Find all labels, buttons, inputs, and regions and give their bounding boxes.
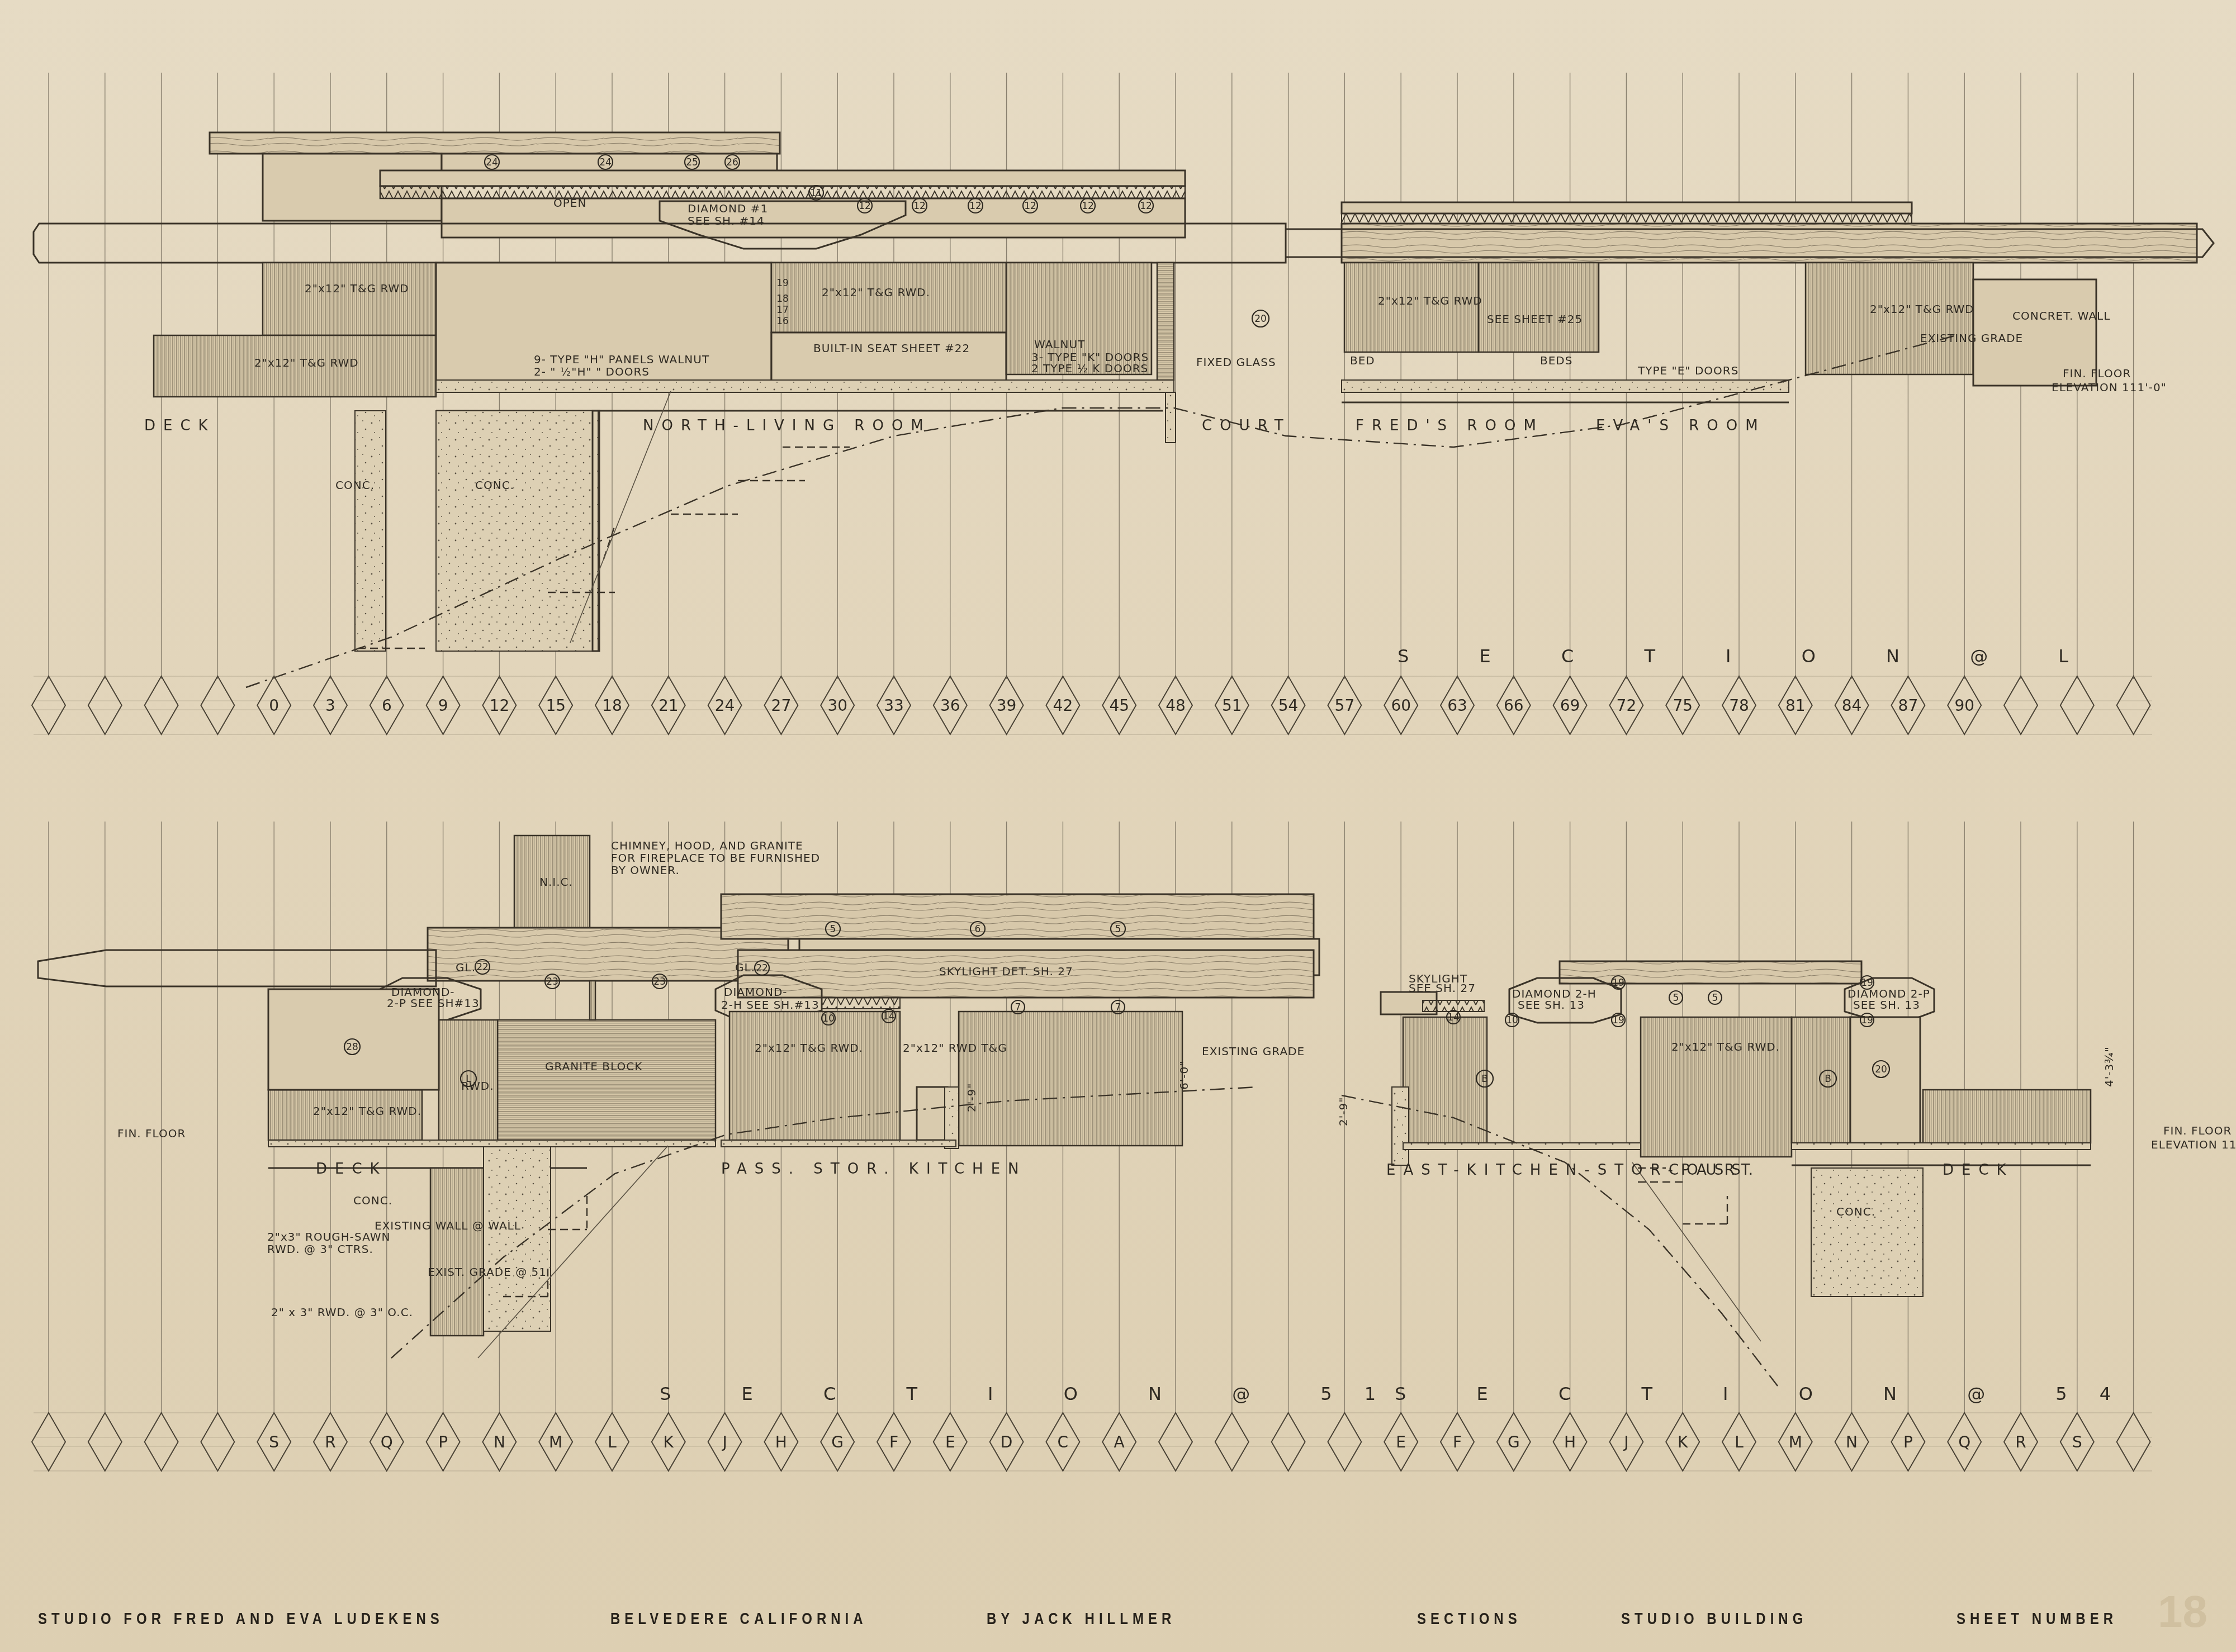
grid-marker-label: L bbox=[1735, 1433, 1744, 1451]
callout: 12 bbox=[913, 201, 926, 212]
grid-marker-diamond bbox=[1272, 1413, 1305, 1471]
note-panels: 9- TYPE "H" PANELS WALNUT bbox=[534, 353, 709, 366]
callout: 10 bbox=[822, 1013, 835, 1024]
grid-marker-label: K bbox=[664, 1433, 674, 1451]
note-rwd: 2"x12" T&G RWD bbox=[1378, 294, 1482, 307]
callout: 5 bbox=[1115, 924, 1121, 935]
grid-marker-label: 84 bbox=[1842, 696, 1862, 715]
section-title-l: S E C T I O N @ L bbox=[1398, 645, 2101, 667]
note-doors-half-k: 2 TYPE ½ K DOORS bbox=[1031, 362, 1148, 375]
grid-marker-label: E bbox=[1396, 1433, 1406, 1451]
grid-marker-label: 24 bbox=[715, 696, 735, 715]
grid-marker-label: S bbox=[2072, 1433, 2082, 1451]
title-block: STUDIO FOR FRED AND EVA LUDEKENS BELVEDE… bbox=[0, 1610, 2236, 1632]
callout: 12 bbox=[1082, 201, 1094, 212]
grid-marker-label: N bbox=[494, 1433, 505, 1451]
grid-marker-diamond bbox=[1328, 1413, 1361, 1471]
grid-marker-label: 60 bbox=[1391, 696, 1411, 715]
note-conc: CONC. bbox=[1836, 1205, 1875, 1218]
callout: 14 bbox=[883, 1011, 895, 1022]
grid-marker-label: 33 bbox=[884, 696, 904, 715]
grid-marker-label: G bbox=[1508, 1433, 1520, 1451]
dimension: 4'-3¾" bbox=[2102, 1046, 2116, 1087]
note-granite-block: GRANITE BLOCK bbox=[545, 1060, 642, 1073]
note-diamond-2h: DIAMOND- bbox=[724, 985, 788, 999]
note-fixed-glass: FIXED GLASS bbox=[1196, 355, 1276, 369]
note-rwd: 2"x12" T&G RWD. bbox=[1671, 1040, 1780, 1053]
note-beds: BEDS bbox=[1540, 354, 1572, 367]
grid-marker-label: 54 bbox=[1278, 696, 1299, 715]
callout: 22 bbox=[476, 962, 489, 973]
callout: 12 bbox=[1024, 201, 1036, 212]
room-freds-room: FRED'S ROOM bbox=[1356, 417, 1544, 434]
note-type-e-doors: TYPE "E" DOORS bbox=[1637, 364, 1738, 377]
dimension: 6'-0" bbox=[1177, 1061, 1191, 1090]
callout: 23 bbox=[653, 976, 666, 988]
grid-marker-label: H bbox=[775, 1433, 787, 1451]
callout: 5 bbox=[830, 924, 836, 935]
grid-marker-label: 57 bbox=[1335, 696, 1355, 715]
grid-marker-label: 87 bbox=[1898, 696, 1918, 715]
grid-marker-label: 66 bbox=[1504, 696, 1524, 715]
note-rwd: 2"x12" T&G RWD bbox=[1870, 302, 1974, 316]
grid-marker-diamond bbox=[2004, 676, 2038, 734]
callout: 5 bbox=[1712, 993, 1718, 1004]
callout: B bbox=[1481, 1074, 1488, 1085]
grid-marker-label: 81 bbox=[1785, 696, 1806, 715]
callout: 7 bbox=[1115, 1002, 1121, 1013]
grid-marker-diamond bbox=[88, 676, 122, 734]
callout: 24 bbox=[486, 157, 498, 168]
grid-marker-label: M bbox=[1789, 1433, 1802, 1451]
building-name: STUDIO BUILDING bbox=[1621, 1610, 1807, 1629]
sheet-number: 18 bbox=[2158, 1586, 2207, 1637]
grid-marker-label: F bbox=[889, 1433, 898, 1451]
note-gl: GL. bbox=[735, 961, 755, 974]
grid-marker-label: R bbox=[2015, 1433, 2026, 1451]
note-rwd: 2"x12" T&G RWD. bbox=[313, 1104, 421, 1118]
grid-marker-diamond bbox=[145, 1413, 178, 1471]
note-built-in-seat: BUILT-IN SEAT SHEET #22 bbox=[813, 341, 970, 355]
room-north-living: NORTH-LIVING ROOM bbox=[643, 417, 931, 434]
grid-marker-label: 12 bbox=[490, 696, 510, 715]
roof-beam bbox=[210, 132, 780, 154]
note-chimney: CHIMNEY, HOOD, AND GRANITE bbox=[611, 839, 803, 852]
grid-marker-label: A bbox=[1114, 1433, 1125, 1451]
grid-marker-diamond bbox=[1215, 1413, 1249, 1471]
grid-marker-label: 0 bbox=[269, 696, 279, 715]
note-rough-sawn: RWD. @ 3" CTRS. bbox=[267, 1242, 373, 1256]
note-walnut: WALNUT bbox=[1034, 338, 1085, 351]
upper-section: 24 24 25 26 11 12 12 12 12 12 12 19 18 1… bbox=[34, 132, 2214, 687]
grid-marker-label: 39 bbox=[997, 696, 1017, 715]
grid-marker-diamond bbox=[201, 676, 234, 734]
note-elevation: ELEVATION 111'-0" bbox=[2151, 1138, 2236, 1151]
section-title-51: S E C T I O N @ 51 bbox=[660, 1383, 1408, 1404]
callout: 5 bbox=[1673, 993, 1679, 1004]
note-elevation: ELEVATION 111'-0" bbox=[2052, 381, 2167, 394]
grid-marker-label: 42 bbox=[1053, 696, 1073, 715]
section-title-54: S E C T I O N @ 54 bbox=[1395, 1383, 2143, 1404]
note-skylight: SEE SH. 27 bbox=[1409, 981, 1476, 995]
grid-marker-label: 6 bbox=[382, 696, 392, 715]
grid-marker-label: 90 bbox=[1954, 696, 1974, 715]
note-chimney: BY OWNER. bbox=[611, 863, 680, 877]
grid-marker-diamond bbox=[32, 676, 65, 734]
room-evas-room: EVA'S ROOM bbox=[1596, 417, 1766, 434]
callout: 19 bbox=[776, 278, 789, 289]
note-skylight: SKYLIGHT DET. SH. 27 bbox=[939, 965, 1073, 978]
callout: 24 bbox=[599, 157, 612, 168]
room-deck: DECK bbox=[1943, 1162, 2014, 1179]
note-bed: BED bbox=[1350, 354, 1375, 367]
grid-marker-label: 9 bbox=[438, 696, 448, 715]
note-conc: CONC. bbox=[475, 478, 514, 492]
note-diamond-2h: 2-H SEE SH.#13 bbox=[721, 998, 819, 1012]
lower-room-labels: DECK PASS. STOR. KITCHEN EAST-KITCHEN-ST… bbox=[316, 1161, 2014, 1179]
grid-marker-diamond bbox=[2060, 676, 2094, 734]
grid-marker-label: 51 bbox=[1222, 696, 1242, 715]
grid-marker-label: 45 bbox=[1109, 696, 1129, 715]
grid-marker-label: 30 bbox=[827, 696, 847, 715]
grid-marker-diamond bbox=[201, 1413, 234, 1471]
grid-marker-label: N bbox=[1846, 1433, 1858, 1451]
grid-marker-label: E bbox=[945, 1433, 955, 1451]
grid-marker-label: 72 bbox=[1617, 696, 1637, 715]
grid-marker-label: 18 bbox=[602, 696, 622, 715]
note-gl: GL. bbox=[456, 961, 476, 974]
grid-marker-label: Q bbox=[1958, 1433, 1970, 1451]
grid-marker-label: F bbox=[1453, 1433, 1462, 1451]
note-rwd: 2"x12" T&G RWD bbox=[305, 282, 409, 295]
grid-marker-label: 63 bbox=[1447, 696, 1467, 715]
callout: 12 bbox=[969, 201, 982, 212]
sheet-number-label: SHEET NUMBER bbox=[1957, 1610, 2117, 1629]
grid-marker-diamond bbox=[32, 1413, 65, 1471]
callout: 10 bbox=[1506, 1015, 1518, 1026]
callout: 20 bbox=[1875, 1064, 1887, 1075]
dimension: 2'-9" bbox=[965, 1083, 978, 1112]
callout: 14 bbox=[1447, 1012, 1460, 1023]
note-rwd: 2"x12" T&G RWD. bbox=[755, 1041, 863, 1055]
callout: 6 bbox=[975, 924, 981, 935]
grid-marker-label: 36 bbox=[940, 696, 960, 715]
note-rough-sawn: 2"x3" ROUGH-SAWN bbox=[267, 1230, 390, 1243]
room-pass-stor-kitchen: PASS. STOR. KITCHEN bbox=[721, 1161, 1027, 1178]
callout: B bbox=[1825, 1074, 1831, 1085]
project-name: STUDIO FOR FRED AND EVA LUDEKENS bbox=[38, 1610, 444, 1629]
callout: 12 bbox=[859, 201, 871, 212]
note-existing-grade: EXISTING GRADE bbox=[1202, 1045, 1305, 1058]
grid-marker-label: 48 bbox=[1166, 696, 1186, 715]
callout: 12 bbox=[1140, 201, 1152, 212]
note-rwd-oc: 2" x 3" RWD. @ 3" O.C. bbox=[271, 1306, 413, 1319]
note-diamond-1-ref: SEE SH. #14 bbox=[688, 214, 765, 227]
callout: 17 bbox=[776, 305, 789, 316]
lower-section: 28 L 22 23 23 22 5 6 5 14 7 7 10 14 10 1… bbox=[38, 836, 2236, 1404]
callout: 16 bbox=[776, 316, 789, 327]
note-diamond-2h: SEE SH. 13 bbox=[1518, 998, 1585, 1012]
note-diamond-2p: 2-P SEE SH#13 bbox=[387, 996, 480, 1010]
grid-marker-label: 3 bbox=[325, 696, 335, 715]
callout: 11 bbox=[810, 188, 822, 199]
room-court: COURT bbox=[1202, 417, 1291, 434]
upper-grid-markers: 0369121518212427303336394245485154576063… bbox=[32, 676, 2152, 734]
grid-marker-label: K bbox=[1678, 1433, 1688, 1451]
grid-marker-diamond bbox=[2117, 676, 2150, 734]
callout: 25 bbox=[686, 157, 698, 168]
grid-marker-diamond bbox=[88, 1413, 122, 1471]
note-see-sheet: SEE SHEET #25 bbox=[1487, 312, 1583, 326]
callout: 18 bbox=[776, 293, 789, 305]
architectural-sections-drawing: 24 24 25 26 11 12 12 12 12 12 12 19 18 1… bbox=[0, 0, 2236, 1652]
note-conc: CONC. bbox=[335, 478, 375, 492]
note-open: OPEN bbox=[553, 196, 586, 210]
drawing-sheet: 24 24 25 26 11 12 12 12 12 12 12 19 18 1… bbox=[0, 0, 2236, 1652]
note-diamond-1: DIAMOND #1 bbox=[688, 202, 768, 215]
project-location: BELVEDERE CALIFORNIA bbox=[610, 1610, 868, 1629]
callout: 7 bbox=[1015, 1002, 1021, 1013]
grid-marker-label: H bbox=[1564, 1433, 1576, 1451]
callout: 19 bbox=[1612, 977, 1624, 989]
note-nic: N.I.C. bbox=[539, 875, 573, 889]
grid-marker-label: R bbox=[325, 1433, 335, 1451]
note-rwd: 2"x12" T&G RWD bbox=[254, 356, 359, 369]
grid-marker-label: Q bbox=[381, 1433, 393, 1451]
callout: 23 bbox=[546, 976, 558, 988]
note-fin-floor: FIN. FLOOR bbox=[2163, 1124, 2232, 1137]
room-deck: DECK bbox=[316, 1161, 387, 1178]
note-conc: CONC. bbox=[353, 1194, 392, 1207]
dimension: 2'-9" bbox=[1337, 1097, 1350, 1126]
room-deck: DECK bbox=[144, 417, 216, 434]
grid-marker-label: C bbox=[1058, 1433, 1069, 1451]
grid-marker-diamond bbox=[2117, 1413, 2150, 1471]
note-fin-floor: FIN. FLOOR bbox=[2063, 367, 2131, 380]
note-existing-wall: EXISTING WALL @ WALL bbox=[375, 1219, 521, 1232]
callout: 28 bbox=[346, 1042, 358, 1053]
grid-marker-label: G bbox=[831, 1433, 844, 1451]
grid-marker-label: J bbox=[721, 1433, 727, 1451]
note-chimney: FOR FIREPLACE TO BE FURNISHED bbox=[611, 851, 820, 865]
grid-marker-diamond bbox=[1159, 1413, 1192, 1471]
note-rwd: 2"x12" T&G RWD. bbox=[822, 286, 930, 299]
callout: 22 bbox=[756, 963, 768, 974]
lower-grid-markers: SRQPNMLKJHGFEDCAEFGHJKLMNPQRS bbox=[32, 1413, 2152, 1471]
note-rwd: 2"x12" RWD T&G bbox=[903, 1041, 1007, 1055]
grid-marker-label: D bbox=[1001, 1433, 1013, 1451]
grid-marker-label: P bbox=[438, 1433, 448, 1451]
grid-marker-label: 69 bbox=[1560, 696, 1580, 715]
grid-marker-label: J bbox=[1623, 1433, 1628, 1451]
grid-marker-label: 15 bbox=[546, 696, 566, 715]
note-existing-grade: EXISTING GRADE bbox=[1920, 331, 2023, 345]
callout: 19 bbox=[1861, 1015, 1873, 1026]
grid-marker-label: 27 bbox=[771, 696, 792, 715]
note-fin-floor: FIN. FLOOR bbox=[117, 1127, 186, 1140]
note-exist-grade-51: EXIST. GRADE @ 51 bbox=[428, 1265, 547, 1279]
note-diamond-2p: SEE SH. 13 bbox=[1853, 998, 1920, 1012]
note-panels-doors: 2- " ½"H" " DOORS bbox=[534, 365, 650, 378]
note-concrete-wall: CONCRET. WALL bbox=[2012, 309, 2110, 322]
callout: 26 bbox=[726, 157, 738, 168]
grid-marker-label: P bbox=[1903, 1433, 1913, 1451]
grid-marker-label: 78 bbox=[1729, 696, 1749, 715]
grid-marker-label: L bbox=[608, 1433, 617, 1451]
grid-marker-diamond bbox=[145, 676, 178, 734]
grid-marker-label: 21 bbox=[659, 696, 679, 715]
grid-marker-label: S bbox=[269, 1433, 279, 1451]
architect: BY JACK HILLMER bbox=[987, 1610, 1176, 1629]
grid-marker-label: 75 bbox=[1673, 696, 1693, 715]
callout: 19 bbox=[1612, 1015, 1624, 1026]
note-rwd: RWD. bbox=[461, 1079, 494, 1093]
callout: 20 bbox=[1254, 314, 1267, 325]
grid-marker-label: M bbox=[549, 1433, 562, 1451]
drawing-title: SECTIONS bbox=[1417, 1610, 1522, 1629]
room-court: COURT bbox=[1669, 1162, 1758, 1179]
